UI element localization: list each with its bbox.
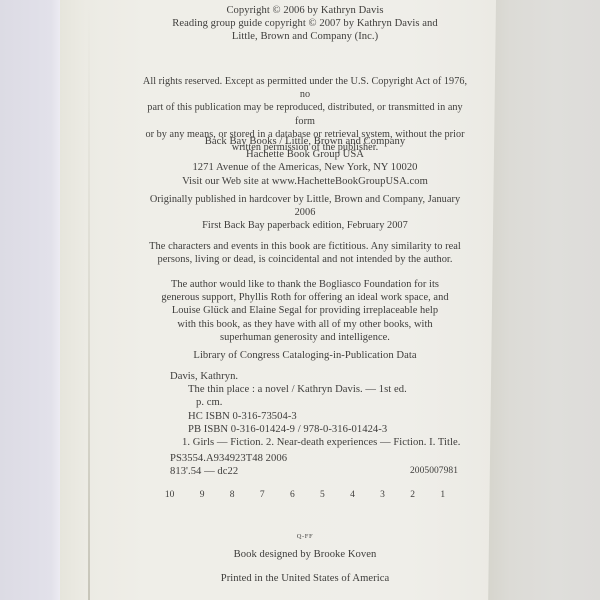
cip-pb-isbn: PB ISBN 0-316-01424-9 / 978-0-316-01424-… xyxy=(170,423,470,436)
edition-info: Originally published in hardcover by Lit… xyxy=(140,193,470,233)
printed-in: Printed in the United States of America xyxy=(140,572,470,585)
fiction-disclaimer: The characters and events in this book a… xyxy=(140,240,470,266)
cip-subjects: 1. Girls — Fiction. 2. Near-death experi… xyxy=(170,436,470,449)
cip-heading: Library of Congress Cataloging-in-Public… xyxy=(140,349,470,362)
acknowledgment-line: superhuman generosity and intelligence. xyxy=(140,331,470,344)
designer-credit: Book designed by Brooke Koven xyxy=(140,548,470,561)
printer-code: Q-FF xyxy=(140,530,470,543)
publisher-line: Back Bay Books / Little, Brown and Compa… xyxy=(140,135,470,148)
background-left xyxy=(0,0,60,600)
edition-line: Originally published in hardcover by Lit… xyxy=(140,193,470,219)
cip-data: Davis, Kathryn. The thin place : a novel… xyxy=(170,370,470,449)
publisher-line: Visit our Web site at www.HachetteBookGr… xyxy=(140,175,470,188)
background-right-shadow xyxy=(488,0,600,600)
copyright-line: Little, Brown and Company (Inc.) xyxy=(140,30,470,43)
cip-author: Davis, Kathryn. xyxy=(170,370,470,383)
disclaimer-line: persons, living or dead, is coincidental… xyxy=(140,253,470,266)
edition-line: First Back Bay paperback edition, Februa… xyxy=(140,219,470,232)
disclaimer-line: The characters and events in this book a… xyxy=(140,240,470,253)
acknowledgments: The author would like to thank the Bogli… xyxy=(140,278,470,344)
acknowledgment-line: with this book, as they have with all of… xyxy=(140,318,470,331)
printing-line: 10 9 8 7 6 5 4 3 2 1 xyxy=(140,489,470,502)
cip-classification: PS3554.A934923T48 2006 813'.54 — dc22 20… xyxy=(170,452,458,478)
acknowledgment-line: Louise Glück and Elaine Segal for provid… xyxy=(140,304,470,317)
cip-lccn: 2005007981 xyxy=(410,465,458,478)
copyright-notice: Copyright © 2006 by Kathryn Davis Readin… xyxy=(140,4,470,44)
rights-line: All rights reserved. Except as permitted… xyxy=(140,75,470,101)
cip-title: The thin place : a novel / Kathryn Davis… xyxy=(170,383,470,396)
acknowledgment-line: generous support, Phyllis Roth for offer… xyxy=(140,291,470,304)
cip-hc-isbn: HC ISBN 0-316-73504-3 xyxy=(170,410,470,423)
rights-line: part of this publication may be reproduc… xyxy=(140,101,470,127)
cip-call-number: PS3554.A934923T48 2006 xyxy=(170,452,458,465)
copyright-line: Copyright © 2006 by Kathryn Davis xyxy=(140,4,470,17)
publisher-line: Hachette Book Group USA xyxy=(140,148,470,161)
publisher-info: Back Bay Books / Little, Brown and Compa… xyxy=(140,135,470,188)
publisher-line: 1271 Avenue of the Americas, New York, N… xyxy=(140,161,470,174)
cip-dewey: 813'.54 — dc22 xyxy=(170,465,238,478)
copyright-line: Reading group guide copyright © 2007 by … xyxy=(140,17,470,30)
page-gutter-edge xyxy=(88,0,90,600)
acknowledgment-line: The author would like to thank the Bogli… xyxy=(140,278,470,291)
cip-pages: p. cm. xyxy=(170,396,470,409)
